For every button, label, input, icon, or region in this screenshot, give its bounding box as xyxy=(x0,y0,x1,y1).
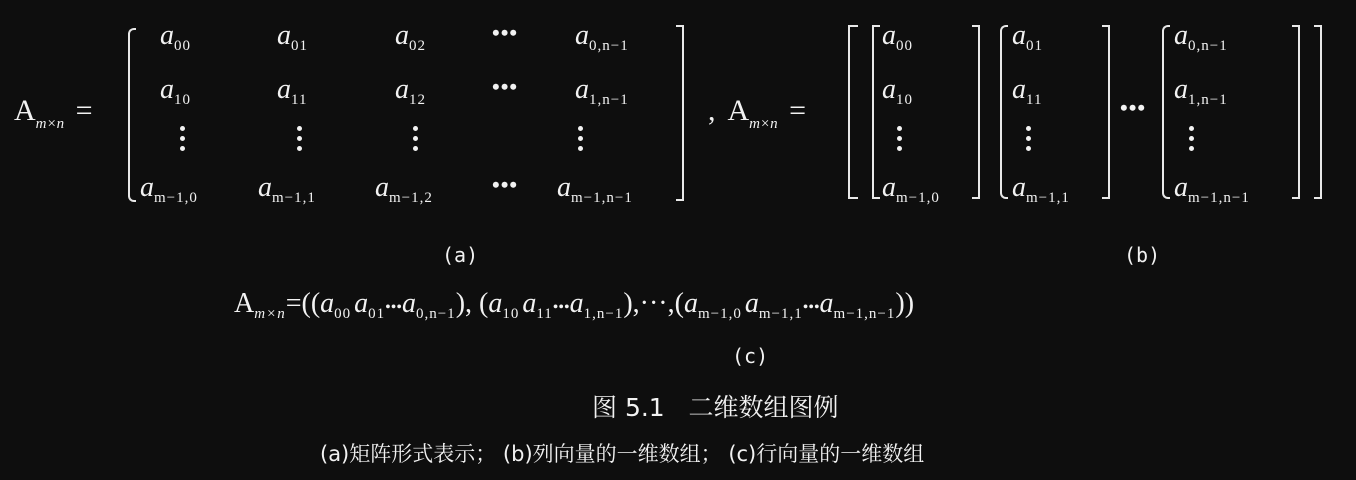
matrix-cell: am−1,n−1 xyxy=(557,172,633,204)
outer-right-bracket xyxy=(1314,25,1322,199)
matrix-dimension-subscript: m×n xyxy=(36,116,64,132)
ellipsis: ••• xyxy=(803,299,820,316)
matrix-cell: a02 xyxy=(395,20,426,52)
vertical-ellipsis-icon xyxy=(297,126,303,156)
matrix-cell: a12 xyxy=(395,74,426,106)
column-cell: am−1,1 xyxy=(1012,172,1070,204)
matrix-cell: a00 xyxy=(160,20,191,52)
matrix-cell: a1,n−1 xyxy=(575,74,629,106)
vertical-ellipsis-icon xyxy=(1189,126,1195,156)
column-cell: a10 xyxy=(882,74,913,106)
group-separator: ),···,( xyxy=(623,288,684,319)
panel-c-label: (c) xyxy=(732,344,768,368)
matrix-b-lhs: ,Am×n = xyxy=(708,94,806,128)
matrix-symbol: A xyxy=(14,94,36,127)
group-separator: ), ( xyxy=(456,288,489,319)
ellipsis: ••• xyxy=(553,299,570,316)
close-parens: )) xyxy=(895,288,914,319)
column-cell: a1,n−1 xyxy=(1174,74,1228,106)
vertical-ellipsis-icon xyxy=(180,126,186,156)
column-left-bracket xyxy=(1162,25,1170,199)
column-cell: am−1,0 xyxy=(882,172,940,204)
panel-b-label: (b) xyxy=(1124,243,1160,267)
left-bracket xyxy=(128,28,136,202)
matrix-cell: am−1,1 xyxy=(258,172,316,204)
column-cell: a11 xyxy=(1012,74,1042,106)
column-right-bracket xyxy=(972,25,980,199)
matrix-cell: a11 xyxy=(277,74,307,106)
matrix-dimension-subscript: m×n xyxy=(254,306,285,322)
row-vector-expression: Am×n=((a00a01•••a0,n−1), (a10a11•••a1,n−… xyxy=(234,288,914,320)
matrix-dimension-subscript: m×n xyxy=(749,116,777,132)
figure-caption-subtitle: (a)矩阵形式表示； (b)列向量的一维数组； (c)行向量的一维数组 xyxy=(320,438,924,468)
equals-sign: = xyxy=(76,94,93,127)
matrix-cell: a10 xyxy=(160,74,191,106)
vertical-ellipsis-icon xyxy=(897,126,903,156)
matrix-a-lhs: Am×n = xyxy=(14,94,93,128)
vertical-ellipsis-icon xyxy=(413,126,419,156)
column-left-bracket xyxy=(872,25,880,199)
column-cell: a00 xyxy=(882,20,913,52)
column-right-bracket xyxy=(1102,25,1110,199)
figure-caption-title: 图 5.1 二维数组图例 xyxy=(592,388,839,424)
column-cell: a0,n−1 xyxy=(1174,20,1228,52)
separator-comma: , xyxy=(708,94,716,127)
column-cell: am−1,n−1 xyxy=(1174,172,1250,204)
right-bracket xyxy=(676,25,684,201)
matrix-symbol: A xyxy=(234,288,254,319)
horizontal-ellipsis: ••• xyxy=(1120,95,1146,121)
panel-a-label: (a) xyxy=(442,243,478,267)
matrix-cell: a01 xyxy=(277,20,308,52)
matrix-cell: am−1,2 xyxy=(375,172,433,204)
horizontal-ellipsis: ••• xyxy=(492,172,518,198)
column-right-bracket xyxy=(1292,25,1300,199)
horizontal-ellipsis: ••• xyxy=(492,74,518,100)
open-parens: =(( xyxy=(286,288,320,319)
horizontal-ellipsis: ••• xyxy=(492,20,518,46)
matrix-cell: am−1,0 xyxy=(140,172,198,204)
outer-left-bracket xyxy=(848,25,858,199)
equals-sign: = xyxy=(789,94,806,127)
matrix-symbol: A xyxy=(728,94,750,127)
vertical-ellipsis-icon xyxy=(1026,126,1032,156)
column-left-bracket xyxy=(1000,25,1008,199)
vertical-ellipsis-icon xyxy=(578,126,584,156)
ellipsis: ••• xyxy=(385,299,402,316)
column-cell: a01 xyxy=(1012,20,1043,52)
matrix-cell: a0,n−1 xyxy=(575,20,629,52)
